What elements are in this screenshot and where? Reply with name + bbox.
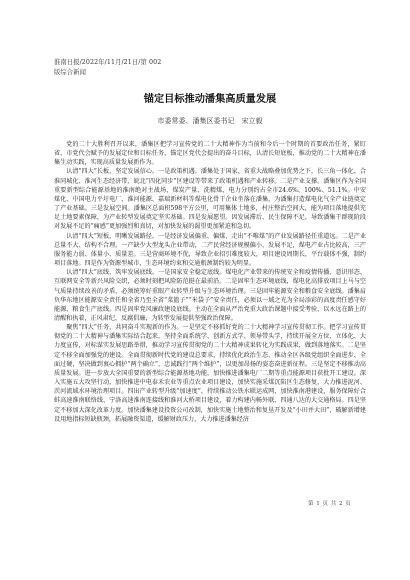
article-paragraph: 认清“四大”底线，筑牢发展底线。一是国家安全稳定底线。煤电化产业带来的传统安全和…	[54, 268, 366, 323]
article-paragraph: 党的二十大胜利召开以来，潘集区把学习宣传党的二十大精神作为当前和今后一个时期的首…	[54, 140, 366, 167]
page-indicator: 第 1 页 共 2 页	[308, 499, 351, 507]
article-byline: 市委常委、潘集区委书记 宋立毅	[54, 116, 366, 126]
document-page: 淮南日报/2022年/11月/21日/第 002 版综合新闻 锚定目标推动潘集高…	[54, 58, 366, 424]
publication-source-line: 淮南日报/2022年/11月/21日/第 002	[54, 58, 366, 68]
publication-section-line: 版综合新闻	[54, 68, 366, 78]
article-title: 锚定目标推动潘集高质量发展	[54, 93, 366, 107]
article-paragraph: 聚焦“四大”任务，共同奋斗实现新的作为。一是坚定不移抓好党的二十大精神学习宣传贯…	[54, 323, 366, 424]
article-paragraph: 认清“四大”短板，明晰发展路径。一是经济发展偏重、偏煤，走出“不唯煤”的产业发展…	[54, 232, 366, 269]
article-body: 党的二十大胜利召开以来，潘集区把学习宣传党的二十大精神作为当前和今后一个时期的首…	[54, 140, 366, 424]
article-paragraph: 认清“四大”长板，坚定发展信心。一是政策机遇。潘集处于国家、省重大战略叠加优势之…	[54, 167, 366, 231]
